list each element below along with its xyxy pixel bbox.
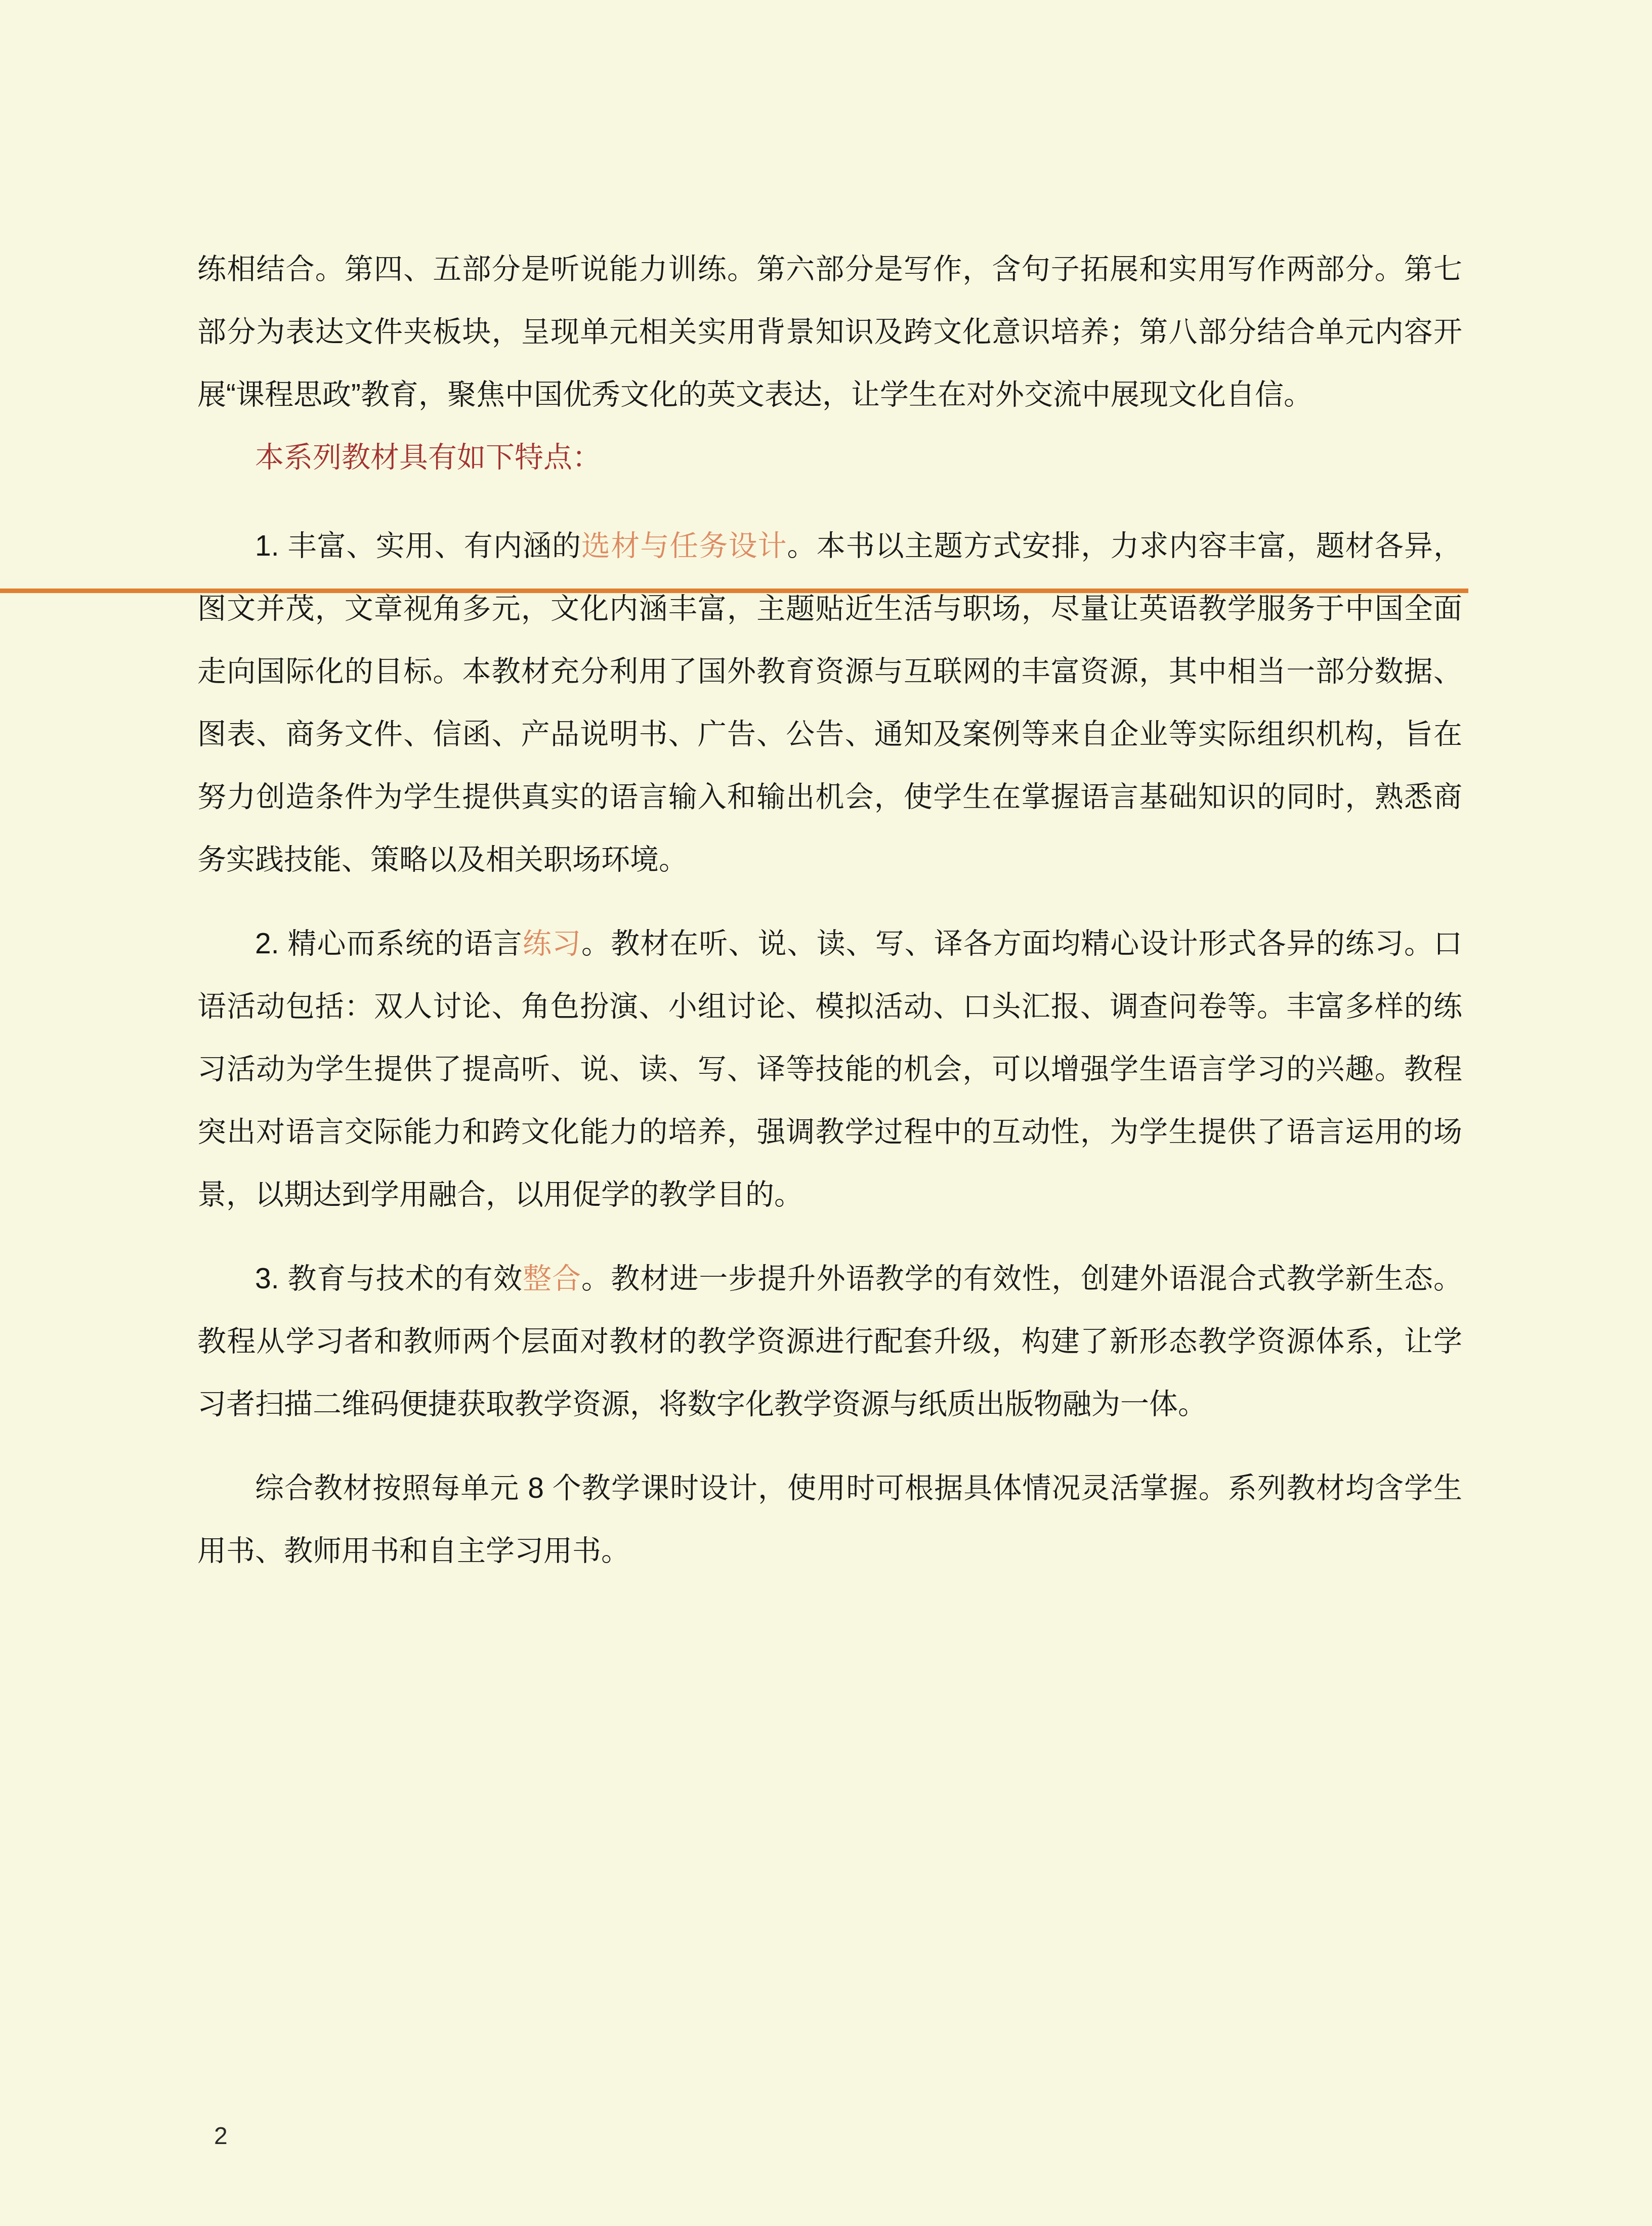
body-text: 3. 教育与技术的有效 <box>255 1263 523 1295</box>
feature-item-2: 2. 精心而系统的语言练习。教材在听、说、读、写、译各方面均精心设计形式各异的练… <box>197 912 1462 1226</box>
document-page: 练相结合。第四、五部分是听说能力训练。第六部分是写作，含句子拓展和实用写作两部分… <box>0 0 1652 2226</box>
page-number: 2 <box>214 2121 228 2152</box>
feature-item-3: 3. 教育与技术的有效整合。教材进一步提升外语教学的有效性，创建外语混合式教学新… <box>197 1247 1462 1436</box>
body-text: 。教材在听、说、读、写、译各方面均精心设计形式各异的练习。口语活动包括：双人讨论… <box>197 928 1462 1211</box>
intro-paragraph: 练相结合。第四、五部分是听说能力训练。第六部分是写作，含句子拓展和实用写作两部分… <box>197 238 1462 426</box>
body-text: 2. 精心而系统的语言 <box>255 928 523 960</box>
accent-text: 整合 <box>523 1263 581 1295</box>
body-text: 。本书以主题方式安排，力求内容丰富，题材各异，图文并茂，文章视角多元，文化内涵丰… <box>197 530 1462 876</box>
accent-text: 练习 <box>523 928 581 960</box>
feature-item-1: 1. 丰富、实用、有内涵的选材与任务设计。本书以主题方式安排，力求内容丰富，题材… <box>197 515 1462 891</box>
body-text: 练相结合。第四、五部分是听说能力训练。第六部分是写作，含句子拓展和实用写作两部分… <box>197 253 1462 411</box>
accent-text: 选材与任务设计 <box>581 530 787 562</box>
body-text: 1. 丰富、实用、有内涵的 <box>255 530 581 562</box>
text-column: 练相结合。第四、五部分是听说能力训练。第六部分是写作，含句子拓展和实用写作两部分… <box>197 238 1462 1582</box>
features-heading: 本系列教材具有如下特点： <box>197 426 1462 489</box>
closing-paragraph: 综合教材按照每单元 8 个教学课时设计，使用时可根据具体情况灵活掌握。系列教材均… <box>197 1457 1462 1582</box>
